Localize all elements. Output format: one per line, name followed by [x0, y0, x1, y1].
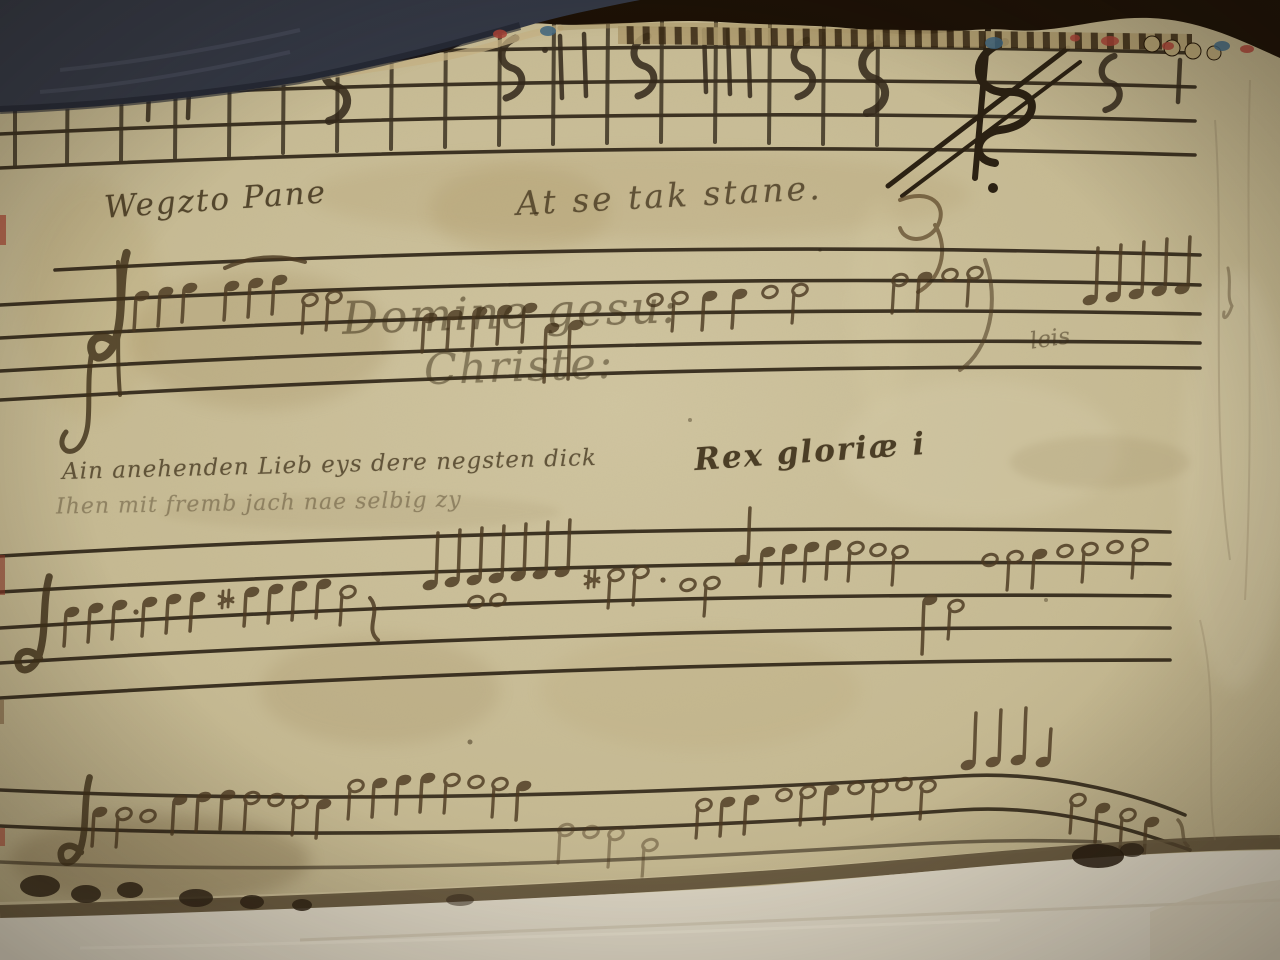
manuscript-artwork — [0, 0, 1280, 960]
manuscript-photo: Wegzto Pane At se tak stane. Domine gesu… — [0, 0, 1280, 960]
vignette — [0, 0, 1280, 960]
